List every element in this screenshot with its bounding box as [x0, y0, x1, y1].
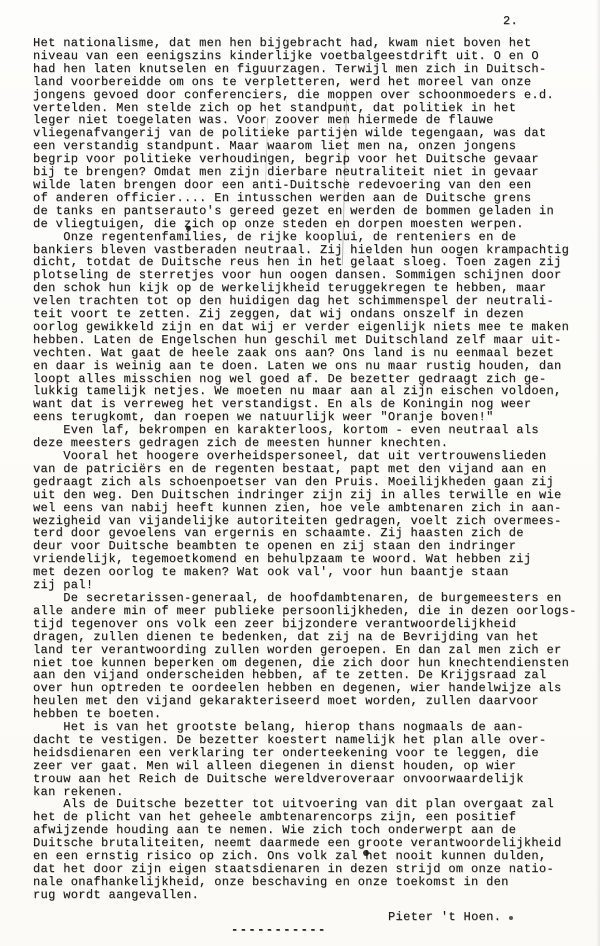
ink-blot [186, 226, 191, 231]
ink-blot [509, 916, 513, 920]
paragraph-secretarissen-generaal: De secretarissen-generaal, de hoofdambte… [33, 592, 595, 721]
paragraph-overheidspersoneel: Vooral het hoogere overheidspersoneel, d… [33, 450, 595, 592]
paragraph-grootste-belang: Het is van het grootste belang, hierop t… [33, 721, 595, 798]
paragraph-duitsche-bezetter: Als de Duitsche bezetter tot uitvoering … [33, 798, 595, 901]
scan-edge-shadow [596, 0, 600, 946]
paragraph-even-laf: Even laf, bekrompen en karakterloos, kor… [33, 424, 595, 450]
ink-blot [363, 850, 369, 856]
document-body: Het nationalisme, dat men hen bijgebrach… [33, 37, 595, 937]
paragraph-nationalisme: Het nationalisme, dat men hen bijgebrach… [33, 37, 595, 231]
author-signature: Pieter 't Hoen. [388, 911, 595, 924]
paragraph-regentenfamilies: Onze regentenfamilies, de rijke kooplui,… [33, 231, 595, 425]
document-page: 2. Het nationalisme, dat men hen bijgebr… [0, 0, 600, 946]
page-number: 2. [503, 15, 518, 28]
end-separator: ----------- [231, 924, 595, 937]
